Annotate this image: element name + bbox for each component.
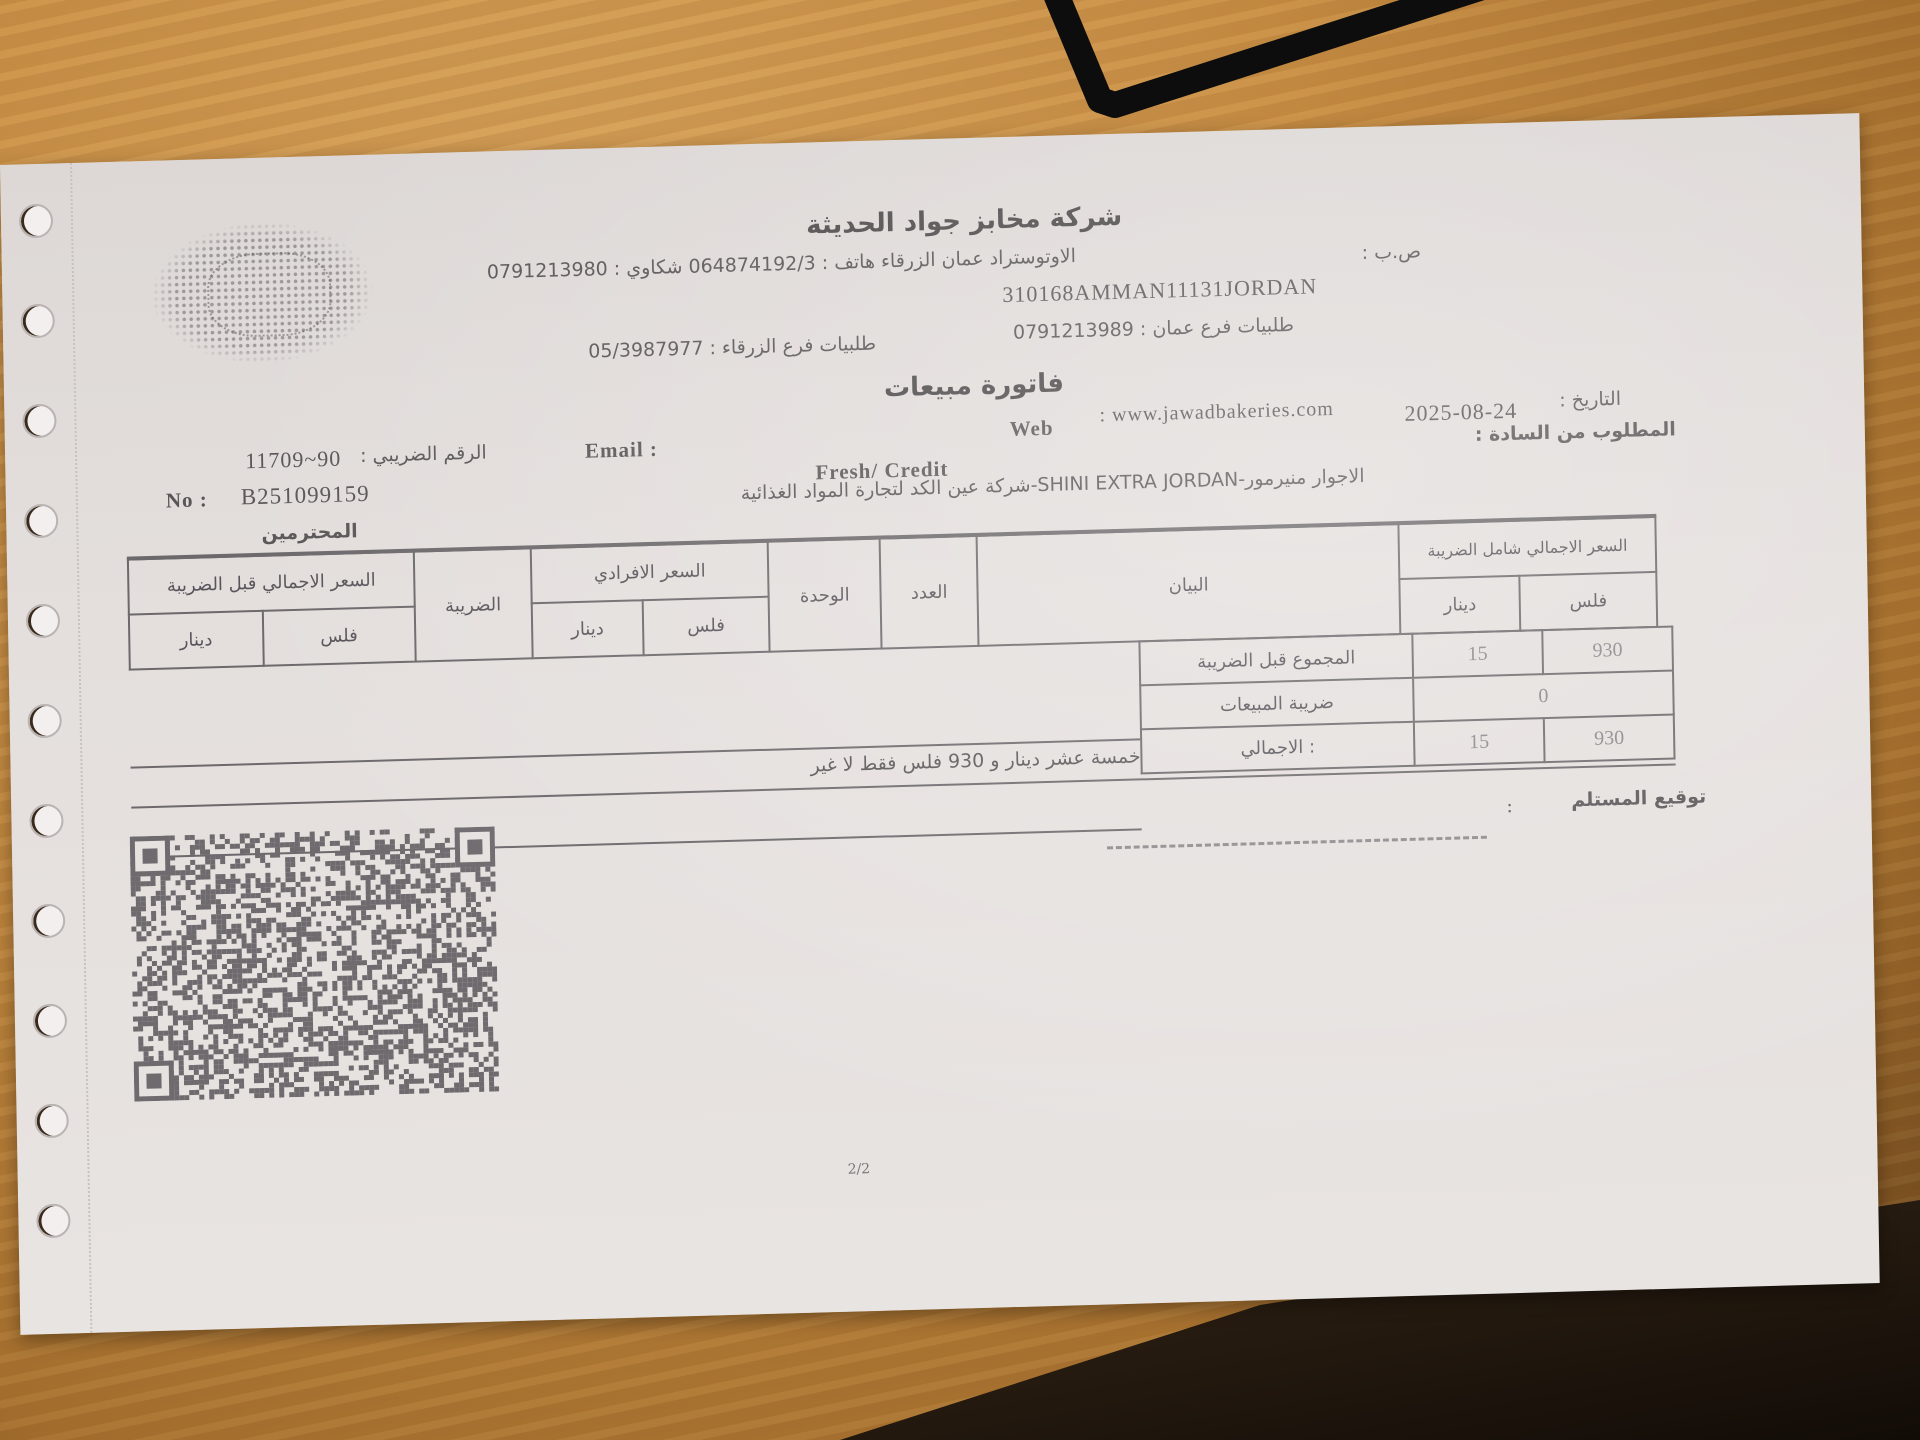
date-label: التاريخ : <box>1559 388 1621 412</box>
amount-in-words: خمسة عشر دينار و 930 فلس فقط لا غير <box>810 745 1140 776</box>
qr-code <box>130 826 499 1101</box>
web-label: Web <box>1009 416 1053 442</box>
signature-label: توقيع المستلم <box>1571 786 1706 812</box>
po-box-label: ص.ب : <box>1361 240 1421 264</box>
po-box-value: 310168AMMAN11131JORDAN <box>1002 273 1317 308</box>
subtotal-dinar: 15 <box>1412 630 1543 678</box>
address-line: الاوتوستراد عمان الزرقاء هاتف : 06487419… <box>487 245 1076 283</box>
invoice-title: فاتورة مبيعات <box>884 368 1065 403</box>
header-unit-price-dinar: دينار <box>532 600 644 658</box>
header-tax: الضريبة <box>414 548 533 661</box>
zarqa-orders: طلبيات فرع الزرقاء : 05/3987977 <box>588 333 876 363</box>
header-tbt-fils: فلس <box>262 607 415 666</box>
subtotal-label: المجموع قبل الضريبة <box>1139 634 1413 686</box>
total-label: الاجمالي : <box>1141 722 1415 774</box>
eyeglasses <box>1020 0 1540 140</box>
header-total-fils: فلس <box>1519 572 1657 631</box>
header-total-dinar: دينار <box>1400 576 1521 634</box>
invoice-no-label: No : <box>166 487 208 513</box>
tax-number-value: 11709~90 <box>245 446 342 475</box>
website: : www.jawadbakeries.com <box>1099 398 1334 428</box>
customer-label: المطلوب من السادة : <box>1475 418 1676 446</box>
page-number: 2/2 <box>847 1161 870 1178</box>
tractor-feed-holes <box>19 203 78 1304</box>
company-logo-emblem <box>207 251 332 338</box>
sales-tax-value: 0 <box>1413 670 1674 721</box>
header-description: البيان <box>977 524 1401 646</box>
invoice-summary: المجموع قبل الضريبة 15 930 ضريبة المبيعا… <box>1138 625 1675 774</box>
amman-orders: طلبيات فرع عمان : 0791213989 <box>1013 314 1294 344</box>
company-name: شركة مخابز جواد الحديثة <box>806 202 1123 241</box>
sales-tax-label: ضريبة المبيعات <box>1140 678 1414 730</box>
tax-number-label: الرقم الضريبي : <box>360 442 487 468</box>
signature-colon: : <box>1506 795 1513 817</box>
header-unit: الوحدة <box>768 539 882 652</box>
header-unit-price-fils: فلس <box>642 597 769 656</box>
header-tbt-dinar: دينار <box>129 611 263 670</box>
invoice-no-value: B251099159 <box>241 481 370 511</box>
total-dinar: 15 <box>1414 718 1545 766</box>
total-fils: 930 <box>1544 714 1675 762</box>
invoice-paper: شركة مخابز جواد الحديثة الاوتوستراد عمان… <box>0 113 1880 1335</box>
header-unit-price: السعر الافرادي <box>531 542 769 604</box>
signature-line <box>1107 836 1487 850</box>
header-total-before-tax: السعر الاجمالي قبل الضريبة <box>128 552 415 615</box>
header-quantity: العدد <box>880 536 979 649</box>
respected-label: المحترمين <box>261 520 358 545</box>
subtotal-fils: 930 <box>1542 626 1673 674</box>
email-label: Email : <box>585 437 658 464</box>
header-total-incl-tax: السعر الاجمالي شامل الضريبة <box>1399 517 1657 579</box>
